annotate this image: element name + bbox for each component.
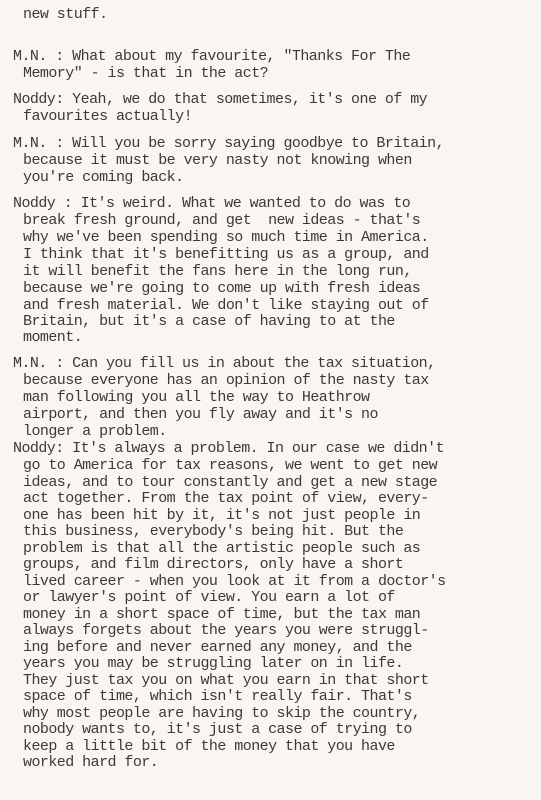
text-line: keep a little bit of the money that you … xyxy=(23,738,395,755)
text-line: I think that it's benefitting us as a gr… xyxy=(23,246,429,263)
text-line: one has been hit by it, it's not just pe… xyxy=(23,507,420,524)
text-line: and fresh material. We don't like stayin… xyxy=(23,297,429,314)
text-line: you're coming back. xyxy=(23,169,184,186)
text-line: groups, and film directors, only have a … xyxy=(23,556,403,573)
text-line: act together. From the tax point of view… xyxy=(23,490,429,507)
text-line: space of time, which isn't really fair. … xyxy=(23,688,412,705)
text-line: nobody wants to, it's just a case of try… xyxy=(23,721,412,738)
text-line: it will benefit the fans here in the lon… xyxy=(23,263,412,280)
text-line: break fresh ground, and get new ideas - … xyxy=(23,212,420,229)
text-line: go to America for tax reasons, we went t… xyxy=(23,457,437,474)
text-line: why we've been spending so much time in … xyxy=(23,229,429,246)
typewritten-page: new stuff. M.N. : What about my favourit… xyxy=(0,0,541,800)
text-line: new stuff. xyxy=(23,6,108,23)
text-line: this business, everybody's being hit. Bu… xyxy=(23,523,403,540)
text-line: Noddy: Yeah, we do that sometimes, it's … xyxy=(13,91,427,108)
text-line: problem is that all the artistic people … xyxy=(23,540,420,557)
text-line: moment. xyxy=(23,329,82,346)
text-line: Britain, but it's a case of having to at… xyxy=(23,313,395,330)
text-line: ing before and never earned any money, a… xyxy=(23,639,412,656)
text-line: M.N. : Will you be sorry saying goodbye … xyxy=(13,135,444,152)
text-line: man following you all the way to Heathro… xyxy=(23,389,370,406)
text-line: money in a short space of time, but the … xyxy=(23,606,420,623)
text-line: ideas, and to tour constantly and get a … xyxy=(23,474,437,491)
text-line: or lawyer's point of view. You earn a lo… xyxy=(23,589,395,606)
text-line: Memory" - is that in the act? xyxy=(23,65,268,82)
text-line: because we're going to come up with fres… xyxy=(23,280,420,297)
text-line: M.N. : What about my favourite, "Thanks … xyxy=(13,48,410,65)
text-line: always forgets about the years you were … xyxy=(23,622,429,639)
text-line: why most people are having to skip the c… xyxy=(23,705,420,722)
text-line: They just tax you on what you earn in th… xyxy=(23,672,429,689)
text-line: favourites actually! xyxy=(23,108,192,125)
text-line: longer a problem. xyxy=(23,423,167,440)
text-line: worked hard for. xyxy=(23,754,158,771)
text-line: airport, and then you fly away and it's … xyxy=(23,406,378,423)
text-line: Noddy: It's always a problem. In our cas… xyxy=(13,440,444,457)
text-line: Noddy : It's weird. What we wanted to do… xyxy=(13,195,410,212)
text-line: M.N. : Can you fill us in about the tax … xyxy=(13,355,436,372)
text-line: because everyone has an opinion of the n… xyxy=(23,372,429,389)
text-line: lived career - when you look at it from … xyxy=(23,573,446,590)
text-line: because it must be very nasty not knowin… xyxy=(23,152,412,169)
text-line: years you may be struggling later on in … xyxy=(23,655,403,672)
